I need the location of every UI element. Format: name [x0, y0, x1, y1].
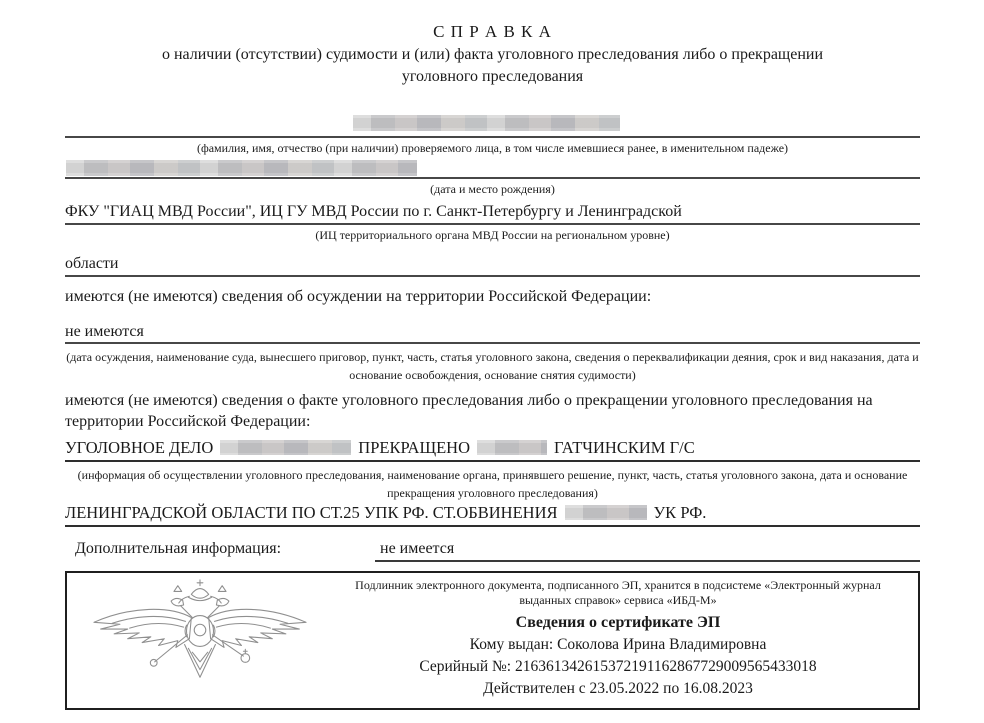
issuing-org-line2: области: [65, 255, 920, 273]
case-text-part1: УГОЛОВНОЕ ДЕЛО: [65, 438, 213, 457]
additional-info-label: Дополнительная информация:: [75, 540, 281, 558]
rule-under-additional: [375, 560, 920, 562]
certificate-issued-to: Кому выдан: Соколова Ирина Владимировна: [332, 634, 904, 656]
signature-details: Подлинник электронного документа, подпис…: [332, 573, 918, 708]
criminal-case-line: УГОЛОВНОЕ ДЕЛОПРЕКРАЩЕНОГАТЧИНСКИМ Г/С: [65, 438, 920, 458]
case-text-part3: ГАТЧИНСКИМ Г/С: [554, 438, 695, 457]
rule-under-org: [65, 223, 920, 225]
redacted-full-name: [353, 115, 620, 131]
certificate-heading: Сведения о сертификате ЭП: [332, 612, 904, 634]
redacted-birth-data: [66, 160, 417, 176]
certificate-serial: Серийный №: 2163613426153721911628677290…: [332, 656, 904, 678]
case-text-part2: ПРЕКРАЩЕНО: [358, 438, 470, 457]
name-field-caption: (фамилия, имя, отчество (при наличии) пр…: [65, 141, 920, 156]
conviction-caption: (дата осуждения, наименование суда, выне…: [65, 348, 920, 384]
rule-under-case2: [65, 525, 920, 527]
rule-under-name: [65, 136, 920, 138]
certificate-validity: Действителен с 23.05.2022 по 16.08.2023: [332, 678, 904, 700]
rule-under-conviction: [65, 342, 920, 344]
conviction-value: не имеются: [65, 323, 920, 341]
additional-info-value: не имеется: [380, 540, 454, 558]
org-field-caption: (ИЦ территориального органа МВД России н…: [65, 228, 920, 243]
signature-storage-note: Подлинник электронного документа, подпис…: [338, 578, 898, 608]
rule-under-org2: [65, 275, 920, 277]
conviction-label: имеются (не имеются) сведения об осужден…: [65, 288, 920, 306]
case-caption: (информация об осуществлении уголовного …: [65, 466, 920, 502]
rule-under-case: [65, 460, 920, 462]
certificate-document: С П Р А В К А о наличии (отсутствии) суд…: [0, 0, 984, 723]
redacted-case-date: [477, 440, 547, 455]
redacted-case-number: [220, 440, 351, 455]
document-title: С П Р А В К А: [65, 22, 920, 42]
redacted-article-number: [565, 505, 647, 520]
birth-field-caption: (дата и место рождения): [65, 182, 920, 197]
case2-text-end: УК РФ.: [654, 503, 707, 522]
document-subtitle-line2: уголовного преследования: [65, 68, 920, 86]
signature-box: Подлинник электронного документа, подпис…: [65, 571, 920, 710]
mvd-eagle-emblem-icon: [67, 573, 332, 708]
document-subtitle-line1: о наличии (отсутствии) судимости и (или)…: [65, 46, 920, 64]
case2-text-start: ЛЕНИНГРАДСКОЙ ОБЛАСТИ ПО СТ.25 УПК РФ. С…: [65, 503, 558, 522]
criminal-case-line2: ЛЕНИНГРАДСКОЙ ОБЛАСТИ ПО СТ.25 УПК РФ. С…: [65, 503, 920, 523]
rule-under-birth: [65, 177, 920, 179]
issuing-org-line1: ФКУ "ГИАЦ МВД России", ИЦ ГУ МВД России …: [65, 203, 920, 221]
prosecution-label: имеются (не имеются) сведения о факте уг…: [65, 390, 910, 432]
